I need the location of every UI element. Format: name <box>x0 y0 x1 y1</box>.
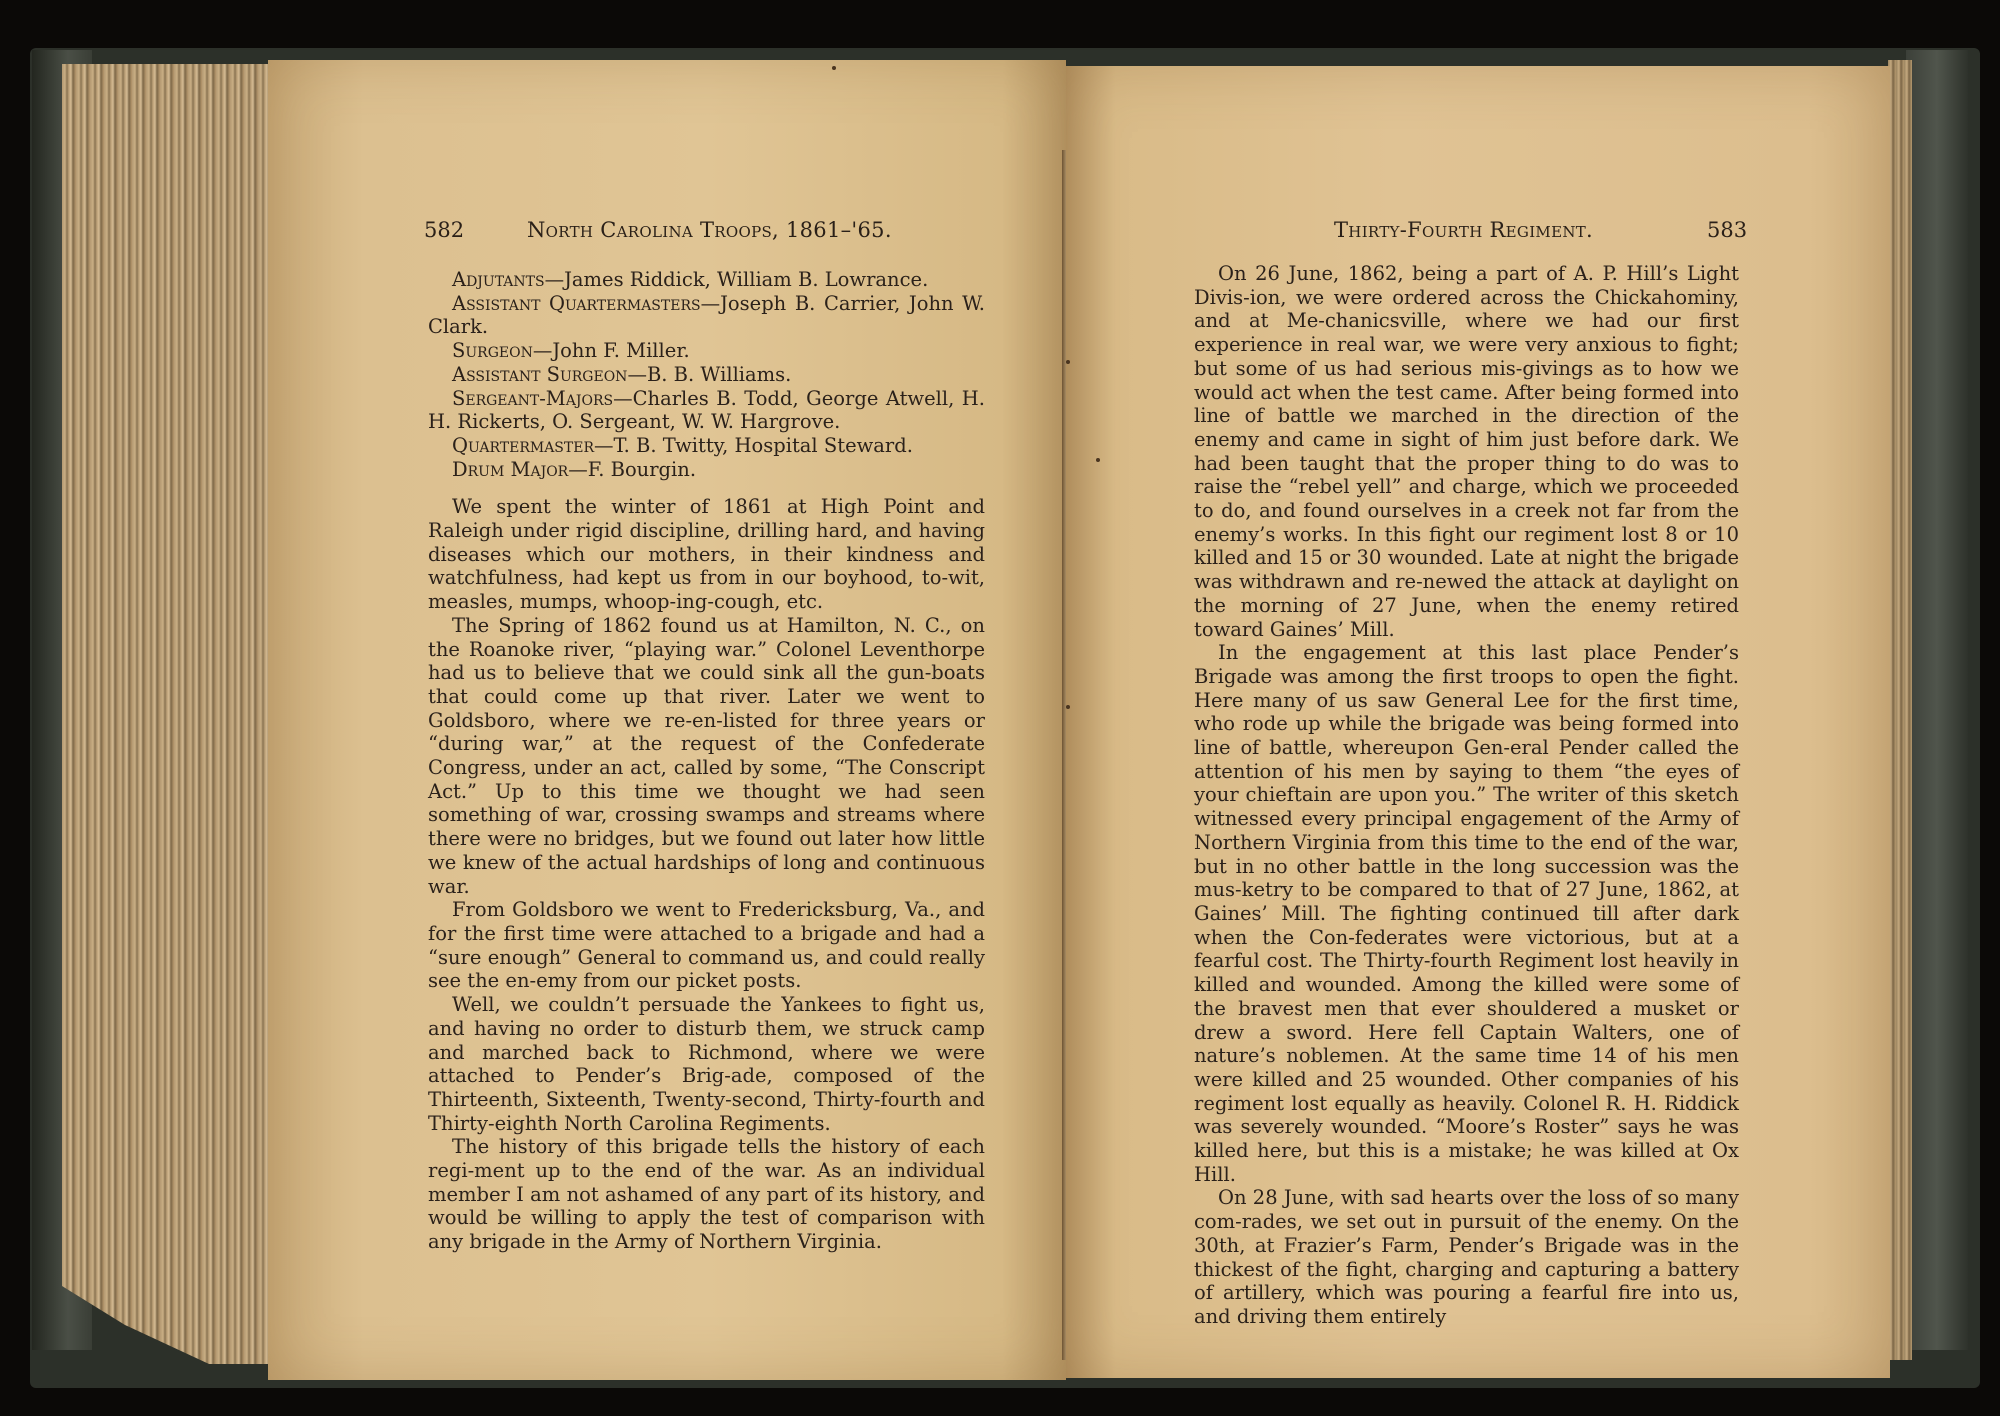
roster-entry: Adjutants—James Riddick, William B. Lowr… <box>428 268 985 292</box>
paper-speck <box>1066 360 1070 364</box>
paragraph: The history of this brigade tells the hi… <box>428 1135 985 1254</box>
paragraph: On 28 June, with sad hearts over the los… <box>1194 1186 1739 1328</box>
running-head-left: North Carolina Troops, 1861–'65. <box>527 218 892 242</box>
page-number-left: 582 <box>424 218 464 242</box>
roster-entry: Drum Major—F. Bourgin. <box>428 458 985 482</box>
left-page-body: Adjutants—James Riddick, William B. Lowr… <box>428 268 985 1254</box>
page-number-right: 583 <box>1707 218 1747 242</box>
paragraph: In the engagement at this last place Pen… <box>1194 641 1739 1186</box>
paper-speck <box>832 66 836 70</box>
right-page-body: On 26 June, 1862, being a part of A. P. … <box>1194 262 1739 1329</box>
roster-entry: Assistant Quartermasters—Joseph B. Carri… <box>428 292 985 339</box>
paragraph: From Goldsboro we went to Fredericksburg… <box>428 898 985 993</box>
roster-entry: Surgeon—John F. Miller. <box>428 339 985 363</box>
paragraph: Well, we couldn’t persuade the Yankees t… <box>428 993 985 1135</box>
paper-speck <box>1066 705 1070 709</box>
roster-entry: Sergeant-Majors—Charles B. Todd, George … <box>428 387 985 434</box>
page-edges-right <box>1888 60 1912 1360</box>
paragraph: We spent the winter of 1861 at High Poin… <box>428 495 985 614</box>
paragraph: On 26 June, 1862, being a part of A. P. … <box>1194 262 1739 641</box>
roster-entry: Quartermaster—T. B. Twitty, Hospital Ste… <box>428 434 985 458</box>
roster-entry: Assistant Surgeon—B. B. Williams. <box>428 363 985 387</box>
page-edges-left <box>62 64 272 1364</box>
running-head-right: Thirty-Fourth Regiment. <box>1334 218 1593 242</box>
book-cover-right-board <box>1906 50 1968 1350</box>
book-gutter <box>1062 150 1066 1360</box>
paragraph: The Spring of 1862 found us at Hamilton,… <box>428 614 985 898</box>
paper-speck <box>1096 458 1100 462</box>
